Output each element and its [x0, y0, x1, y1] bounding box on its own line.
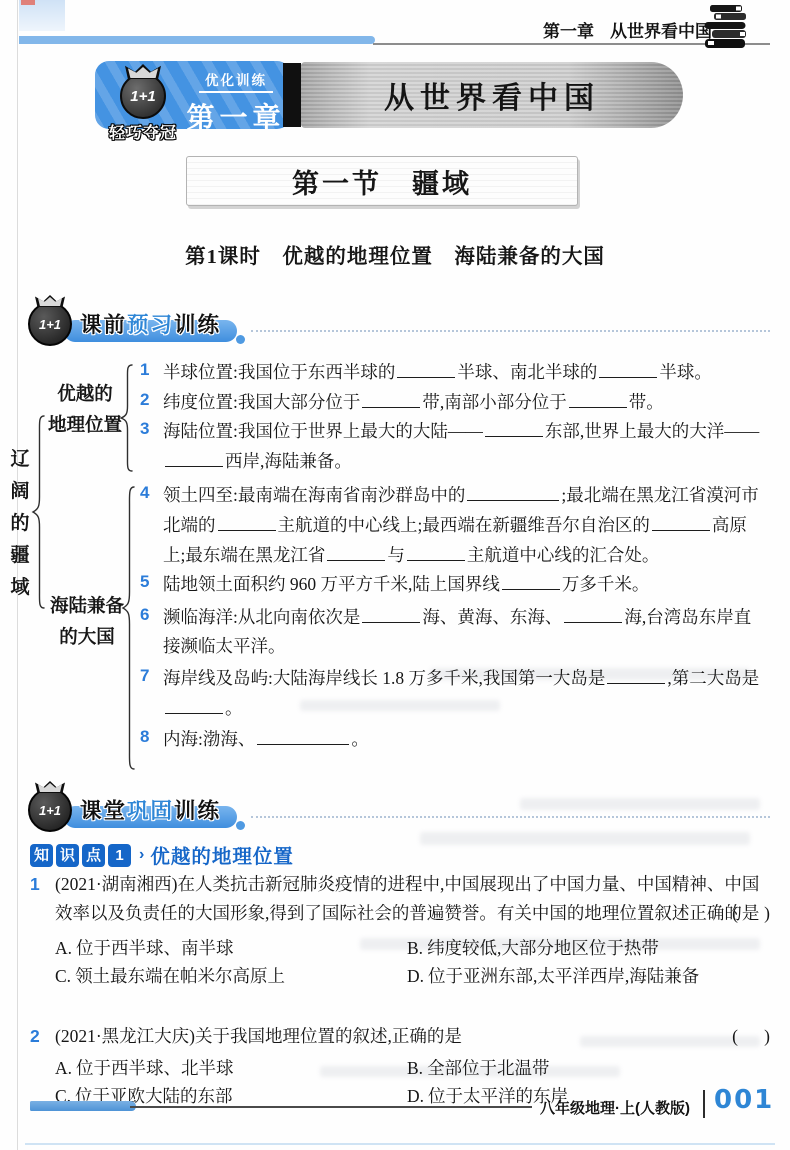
group1-label-line2: 地理位置 — [42, 411, 128, 442]
footer-rule — [130, 1106, 532, 1108]
question-source: (2021·黑龙江大庆) — [55, 1026, 195, 1046]
question-number: 1 — [30, 874, 55, 895]
question-number: 2 — [30, 1026, 55, 1047]
section-title: 第一节 疆域 — [292, 162, 472, 201]
outline-item: 1半球位置:我国位于东西半球的半球、南北半球的半球。 — [140, 358, 768, 388]
fill-in-blank — [407, 547, 465, 561]
running-head-title: 从世界看中国 — [610, 17, 712, 42]
question-options: A.位于西半球、南半球 B.纬度较低,大部分地区位于热带 C.领土最东端在帕米尔… — [30, 934, 772, 990]
dotted-rule — [251, 330, 770, 332]
badge-text: 1+1 — [39, 317, 61, 332]
outline-item: 4领土四至:最南端在海南省南沙群岛中的;最北端在黑龙江省漠河市北端的主航道的中心… — [140, 481, 768, 570]
outline-item-number: 6 — [140, 603, 163, 662]
knowledge-point-title: 优越的地理位置 — [150, 841, 294, 869]
option-label: D. — [407, 966, 424, 986]
fill-in-blank — [652, 517, 710, 531]
option-c: C.领土最东端在帕米尔高原上 — [55, 962, 407, 990]
fill-in-blank — [362, 394, 420, 408]
group2-brace-icon — [121, 486, 135, 770]
group2-label-line2: 的大国 — [44, 623, 130, 654]
knowledge-point-badge-char: 识 — [56, 844, 79, 867]
answer-bracket: ( ) — [732, 899, 770, 928]
chapter-title: 从世界看中国 — [384, 73, 600, 117]
question-stem: 2(2021·黑龙江大庆)关于我国地理位置的叙述,正确的是 ( ) — [30, 1022, 772, 1051]
classwork-training-header: 1+1 课堂巩固训练 — [28, 786, 770, 834]
one-plus-one-badge-icon: 1+1 — [28, 302, 72, 346]
fill-in-blank — [327, 547, 385, 561]
option-text: 纬度较低,大部分地区位于热带 — [427, 938, 659, 958]
option-label: B. — [407, 938, 423, 958]
footer-book-label: 八年级地理·上(人教版) — [540, 1097, 690, 1118]
fill-in-blank — [218, 517, 276, 531]
question-stem: 1(2021·湖南湘西)在人类抗击新冠肺炎疫情的进程中,中国展现出了中国力量、中… — [30, 870, 772, 929]
fill-in-blank — [257, 731, 349, 745]
knowledge-point-badge-char: 点 — [82, 844, 105, 867]
preview-header-part3: 训练 — [174, 313, 221, 337]
option-text: 领土最东端在帕米尔高原上 — [75, 966, 285, 986]
fill-in-blank — [397, 364, 455, 378]
crown-icon — [125, 64, 161, 79]
classwork-header-part1: 课堂 — [80, 799, 127, 823]
option-label: B. — [407, 1058, 423, 1078]
outline-item-text: 濒临海洋:从北向南依次是海、黄海、东海、海,台湾岛东岸直接濒临太平洋。 — [163, 603, 768, 662]
knowledge-point-row: 知 识 点 1 › 优越的地理位置 — [30, 841, 294, 869]
outline-item-number: 5 — [140, 570, 163, 600]
outline-item: 3海陆位置:我国位于世界上最大的大陆——东部,世界上最大的大洋——西岸,海陆兼备… — [140, 417, 768, 476]
option-d: D.位于亚洲东部,太平洋西岸,海陆兼备 — [407, 962, 772, 990]
books-icon — [700, 2, 752, 57]
option-label: C. — [55, 966, 71, 986]
outline-item: 8内海:渤海、。 — [140, 725, 768, 755]
group2-label-line1: 海陆兼备 — [44, 592, 130, 623]
option-text: 全部位于北温带 — [427, 1058, 550, 1078]
outline-item-number: 7 — [140, 664, 163, 723]
option-b: B.纬度较低,大部分地区位于热带 — [407, 934, 772, 962]
question-text: 关于我国地理位置的叙述,正确的是 — [195, 1026, 462, 1046]
classwork-header-part3: 训练 — [174, 799, 221, 823]
outline-item-number: 1 — [140, 358, 163, 388]
header-accent-bar — [19, 36, 375, 44]
option-a: A.位于西半球、北半球 — [55, 1055, 407, 1083]
lesson-title: 第1课时 优越的地理位置 海陆兼备的大国 — [0, 239, 790, 269]
outline-group2-label: 海陆兼备 的大国 — [44, 592, 130, 654]
option-label: A. — [55, 938, 72, 958]
chevron-right-icon: › — [139, 846, 144, 864]
dotted-rule — [251, 816, 770, 818]
preview-header-part1: 课前 — [80, 313, 127, 337]
option-label: A. — [55, 1058, 72, 1078]
question-1: 1(2021·湖南湘西)在人类抗击新冠肺炎疫情的进程中,中国展现出了中国力量、中… — [30, 870, 772, 990]
logo-circle: 1+1 — [120, 73, 166, 119]
fill-in-blank — [485, 423, 543, 437]
fill-in-blank — [502, 576, 560, 590]
fill-in-blank — [564, 609, 622, 623]
outline-item-text: 海陆位置:我国位于世界上最大的大陆——东部,世界上最大的大洋——西岸,海陆兼备。 — [163, 417, 768, 476]
question-source: (2021·湖南湘西) — [55, 874, 177, 894]
outline-item: 5陆地领土面积约 960 万平方千米,陆上国界线万多千米。 — [140, 570, 768, 600]
fill-in-blank — [569, 394, 627, 408]
brand-badge: 1+1 轻巧夺冠 优化训练 第一章 — [95, 61, 291, 129]
preview-outline: 辽 阔 的 疆 域 优越的 地理位置 海陆兼备 的大国 1半球位置:我国位于东西… — [0, 356, 790, 784]
page-number: 001 — [714, 1085, 774, 1115]
running-head: 第一章 从世界看中国 — [543, 17, 712, 42]
workbook-page: 第一章 从世界看中国 1+1 轻巧夺冠 优化训练 第一章 — [0, 0, 790, 1150]
section-title-box: 第一节 疆域 — [186, 156, 578, 206]
outline-item-number: 2 — [140, 388, 163, 418]
option-b: B.全部位于北温带 — [407, 1055, 772, 1083]
one-plus-one-badge-icon: 1+1 — [28, 788, 72, 832]
option-text: 位于亚洲东部,太平洋西岸,海陆兼备 — [428, 966, 699, 986]
fill-in-blank — [165, 700, 223, 714]
outline-item-text: 陆地领土面积约 960 万平方千米,陆上国界线万多千米。 — [163, 570, 768, 600]
outline-item-text: 半球位置:我国位于东西半球的半球、南北半球的半球。 — [163, 358, 768, 388]
badge-text: 1+1 — [39, 803, 61, 818]
logo-plus-text: 1+1 — [130, 88, 155, 105]
fill-in-blank — [607, 670, 665, 684]
option-label: D. — [407, 1086, 424, 1106]
outline-item-number: 3 — [140, 417, 163, 476]
preview-training-header: 1+1 课前预习训练 — [28, 300, 770, 348]
outline-item-text: 内海:渤海、。 — [163, 725, 768, 755]
outline-item-text: 纬度位置:我国大部分位于带,南部小部分位于带。 — [163, 388, 768, 418]
scan-corner-mark — [21, 0, 35, 5]
series-label: 优化训练 — [199, 69, 273, 93]
outer-brace-icon — [31, 415, 45, 609]
outline-item: 6濒临海洋:从北向南依次是海、黄海、东海、海,台湾岛东岸直接濒临太平洋。 — [140, 603, 768, 662]
outline-root-label: 辽 阔 的 疆 域 — [8, 444, 32, 604]
outline-item-text: 领土四至:最南端在海南省南沙群岛中的;最北端在黑龙江省漠河市北端的主航道的中心线… — [163, 481, 768, 570]
classwork-header-part2: 巩固 — [127, 799, 174, 823]
fill-in-blank — [599, 364, 657, 378]
preview-header-part2: 预习 — [127, 313, 174, 337]
outline-item-number: 8 — [140, 725, 163, 755]
running-head-chapter: 第一章 — [543, 17, 594, 42]
group1-brace-icon — [119, 364, 133, 472]
outline-items: 1半球位置:我国位于东西半球的半球、南北半球的半球。2纬度位置:我国大部分位于带… — [140, 358, 768, 755]
option-text: 位于西半球、南半球 — [76, 938, 234, 958]
option-a: A.位于西半球、南半球 — [55, 934, 407, 962]
outline-item-number: 4 — [140, 481, 163, 570]
footer-divider — [703, 1090, 705, 1118]
banner-divider-bar — [283, 63, 301, 127]
fill-in-blank — [467, 487, 559, 501]
classwork-header-pill: 课堂巩固训练 — [60, 792, 237, 829]
option-text: 位于西半球、北半球 — [76, 1058, 234, 1078]
brand-logo: 1+1 轻巧夺冠 — [103, 63, 183, 143]
outline-item: 7海岸线及岛屿:大陆海岸线长 1.8 万多千米,我国第一大岛是,第二大岛是。 — [140, 664, 768, 723]
chapter-label: 第一章 — [185, 96, 287, 136]
fill-in-blank — [165, 453, 223, 467]
knowledge-point-badge-char: 知 — [30, 844, 53, 867]
crown-icon — [35, 295, 65, 307]
brand-series: 优化训练 第一章 — [185, 69, 287, 136]
group1-label-line1: 优越的 — [42, 380, 128, 411]
footer-accent-bar — [30, 1101, 136, 1111]
outline-item-text: 海岸线及岛屿:大陆海岸线长 1.8 万多千米,我国第一大岛是,第二大岛是。 — [163, 664, 768, 723]
fill-in-blank — [362, 609, 420, 623]
page-bottom-edge — [25, 1143, 775, 1145]
logo-slogan: 轻巧夺冠 — [103, 120, 183, 143]
outline-item: 2纬度位置:我国大部分位于带,南部小部分位于带。 — [140, 388, 768, 418]
answer-bracket: ( ) — [732, 1022, 770, 1051]
knowledge-point-number: 1 — [108, 844, 131, 867]
chapter-title-banner: 从世界看中国 — [301, 62, 683, 128]
preview-header-pill: 课前预习训练 — [60, 306, 237, 343]
outline-group1-label: 优越的 地理位置 — [42, 380, 128, 442]
